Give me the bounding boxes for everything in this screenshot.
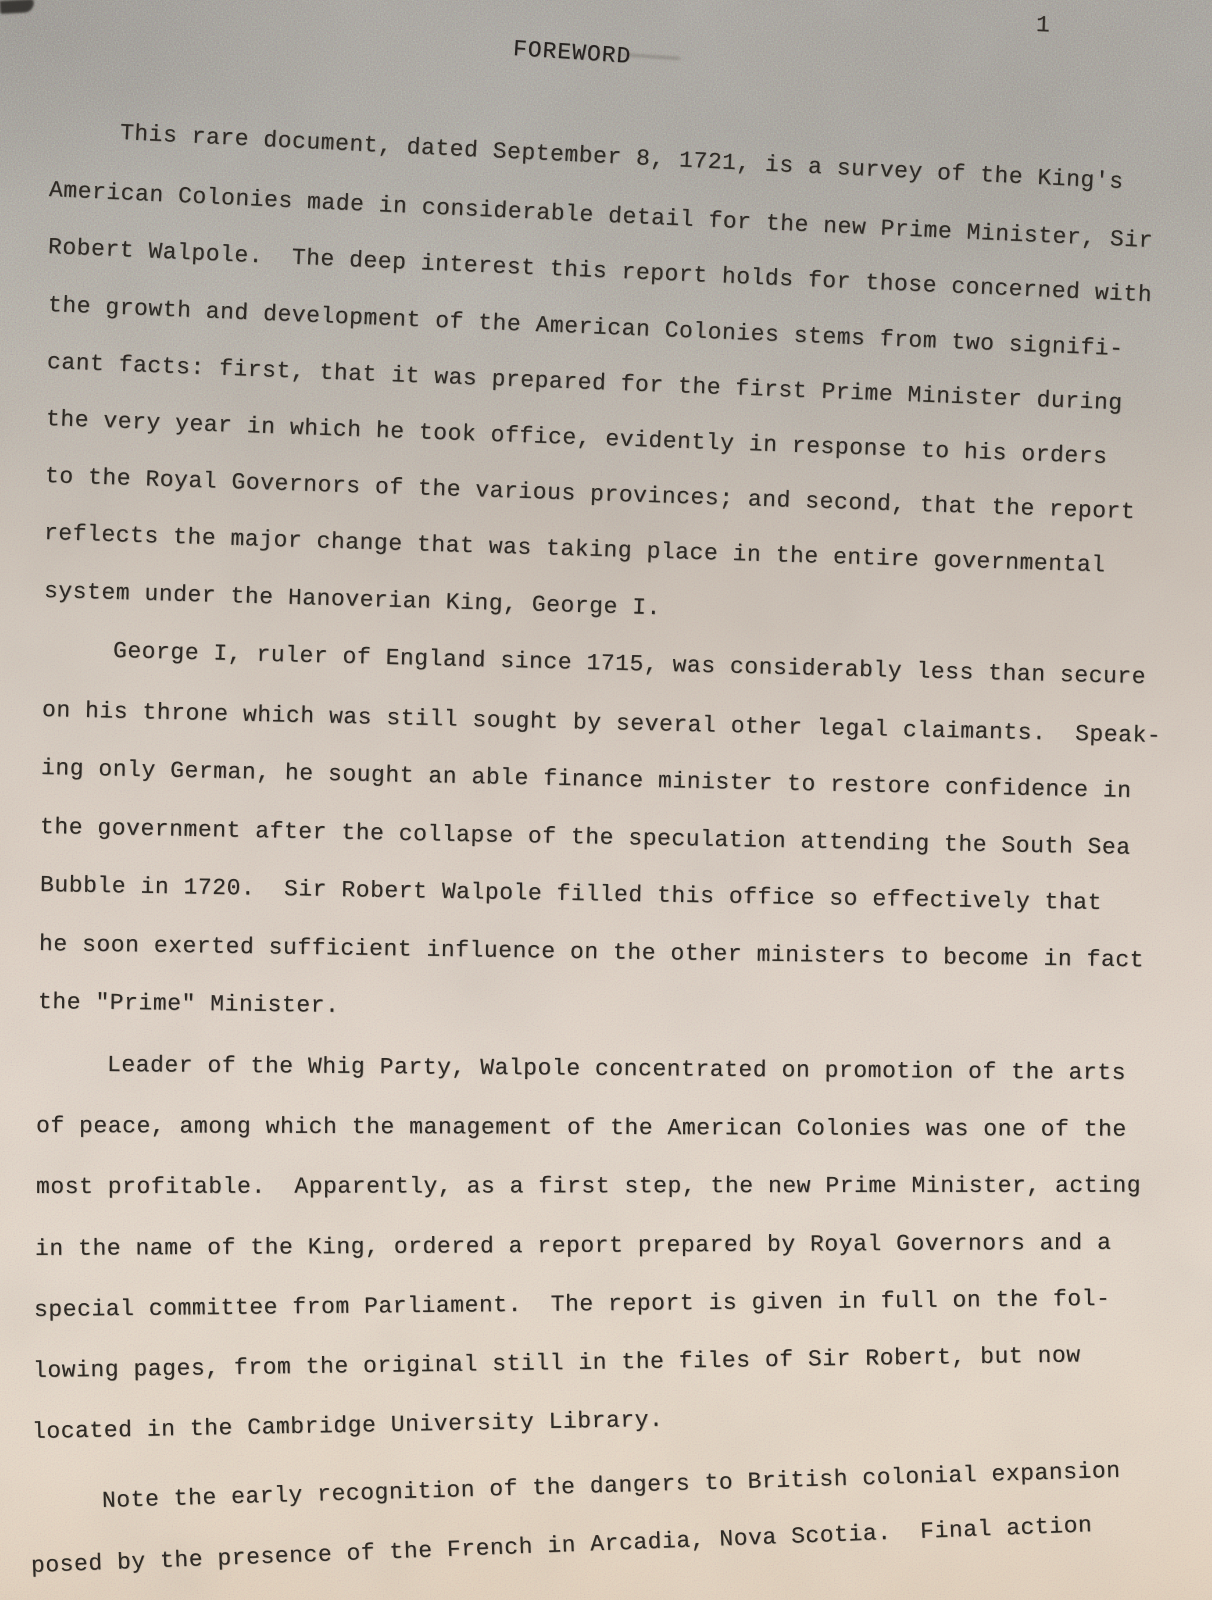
typewritten-line: This rare document, dated September 8, 1…	[119, 120, 1124, 195]
typewritten-line: Note the early recognition of the danger…	[102, 1458, 1121, 1514]
typewritten-line: in the name of the King, ordered a repor…	[35, 1230, 1112, 1262]
typewritten-line: ing only German, he sought an able finan…	[41, 755, 1132, 804]
typewritten-line: cant facts: first, that it was prepared …	[47, 349, 1124, 416]
typewritten-line: reflects the major change that was takin…	[44, 520, 1106, 578]
typewritten-line: most profitable. Apparently, as a first …	[36, 1173, 1141, 1200]
page-title: FOREWORD	[512, 36, 632, 70]
typewritten-line: system under the Hanoverian King, George…	[44, 578, 662, 621]
typewritten-line: to the Royal Governors of the various pr…	[45, 463, 1136, 525]
typewritten-line: the government after the collapse of the…	[40, 814, 1131, 861]
typewritten-line: lowing pages, from the original still in…	[33, 1342, 1081, 1384]
typewritten-line: he soon exerted sufficient influence on …	[39, 931, 1144, 973]
typewritten-line: George I, ruler of England since 1715, w…	[113, 638, 1147, 690]
typewritten-line: of peace, among which the management of …	[36, 1113, 1127, 1143]
typewritten-line: the very year in which he took office, e…	[46, 406, 1108, 470]
typewritten-line: the growth and development of the Americ…	[47, 292, 1124, 362]
typewritten-line: special committee from Parliament. The r…	[34, 1286, 1111, 1323]
typewritten-line: on his throne which was still sought by …	[42, 697, 1162, 749]
scanned-document-page: FOREWORD 1 This rare document, dated Sep…	[0, 0, 1212, 1600]
typewritten-line: Bubble in 1720. Sir Robert Walpole fille…	[40, 872, 1102, 916]
typewritten-line: posed by the presence of the French in A…	[31, 1512, 1093, 1579]
typewritten-text: FOREWORD 1 This rare document, dated Sep…	[0, 0, 1212, 1600]
page-number: 1	[1036, 12, 1051, 38]
typewritten-line: Leader of the Whig Party, Walpole concen…	[107, 1052, 1126, 1086]
typewritten-line: the "Prime" Minister.	[38, 989, 340, 1019]
typewritten-line: located in the Cambridge University Libr…	[32, 1407, 664, 1445]
